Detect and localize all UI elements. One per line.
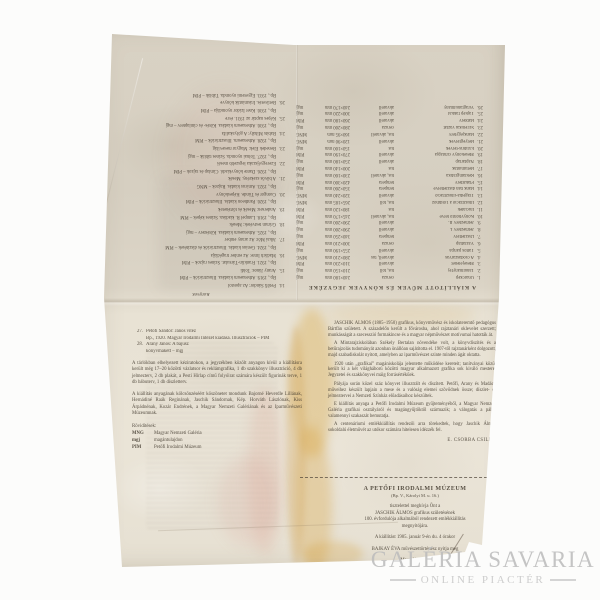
book-number: 16. [279, 250, 290, 258]
work-size: 255×190 mm [310, 245, 350, 252]
work-technique: tus, akvarell [350, 211, 394, 218]
book-title: Csongor és Tünde. Képeskönyv [112, 189, 276, 197]
book-title: Petőfi Sándor: Az apostol [112, 280, 276, 288]
book-entry-line2: Bp., 1925. Athenaeum kiadása. Kötésterv … [112, 227, 276, 235]
work-title: Naptárlap [394, 156, 474, 163]
work-size: 180×120 mm [310, 204, 350, 211]
work-row: 11.Iniciáléktus180×120 mmPIM [296, 204, 488, 211]
books-column: Könyvek 14.Petőfi Sándor: Az apostolBp.,… [106, 48, 292, 298]
book-number: 23. [279, 143, 290, 151]
legend-abbr: PIM [132, 444, 154, 451]
work-size: 240×170 mm [310, 102, 350, 109]
abbreviation-legend: MNGMagyar Nemzeti Galériamgjmagántulajdo… [132, 430, 302, 452]
book-entry: 22.Ezeregyéjszaka legszebb meséiBp., 192… [112, 151, 290, 166]
work-title: Plakátterv [394, 177, 474, 184]
work-technique: tus, toll [350, 265, 394, 272]
book-number: 26. [279, 98, 290, 106]
legend-abbr: MNG [132, 430, 154, 437]
book-entry-line2: Bp., 1926. Dante könyvkiadó. Címlap és r… [112, 166, 276, 174]
work-technique: akvarell [350, 259, 394, 266]
work-location: mgj [296, 218, 310, 225]
book-entry-line2: Bp., 1928. Athenaeum. Illusztrációk – PI… [112, 136, 276, 144]
biography-signature: E. CSORBA CSILLA [328, 438, 496, 444]
work-number: 17. [477, 163, 488, 170]
invitation-line: A PETŐFI IRODALMI MÚZEUM [334, 485, 496, 493]
books-list: 14.Petőfi Sándor: Az apostolBp., 1919. A… [112, 90, 290, 288]
book-title: Betűvetés. Írásminták könyve [112, 98, 276, 106]
work-title: Könyvborító terve [394, 211, 474, 218]
work-technique: akvarell [350, 190, 394, 197]
work-row: 6.Vázlatlapceruza300×210 mmPIM [296, 238, 488, 245]
work-title: Betűminták [394, 163, 474, 170]
work-row: 15.Plakáttervtempera420×300 mmPIM [296, 177, 488, 184]
book-entry-line2: Bp., 1924. Genius kiadás. Illusztrációk … [112, 242, 276, 250]
work-location: PIM [296, 150, 310, 157]
invitation-line: (Bp. V., Károlyi M. u. 16.) [334, 493, 496, 499]
work-title: Bélyegtervek [394, 136, 474, 143]
work-title: Önarckép [394, 272, 474, 279]
work-size: 245×170 mm [310, 211, 350, 218]
work-size: 160×95 mm [310, 129, 350, 136]
work-title: Szcenikai vázlat [394, 122, 474, 129]
book-entry-line2: Bp., 1930. Athenaeum kiadása. Kötés- és … [112, 121, 276, 129]
biography-paragraph: JASCHIK ÁLMOS (1885–1950) grafikus, köny… [328, 321, 496, 339]
work-size: 300×220 mm [310, 109, 350, 116]
work-number: 16. [477, 170, 488, 177]
watermark-subtitle-text: ONLINE PIACTÉR [421, 574, 546, 586]
work-location: mgj [296, 143, 310, 150]
work-location: PIM [296, 163, 310, 170]
work-size: 290×200 mm [310, 218, 350, 225]
work-number: 25. [477, 109, 488, 116]
book-entry-line1: 27.Petőfi Sándor: János vitéz [132, 329, 302, 336]
work-title: Illusztráció a Toldihoz [394, 197, 474, 204]
work-title: Táltos paripa [394, 245, 474, 252]
book-entry-line1: 28.Arany János: A bajusz [132, 342, 302, 349]
book-entry-line2: Bp., 1919. Athenaeum kiadása. Illusztrác… [112, 273, 276, 281]
work-location: mgj [296, 170, 310, 177]
bottom-left-text-block: 27.Petőfi Sándor: János vitézBp., 1920. … [132, 329, 302, 452]
works-list-heading: A KIÁLLÍTOTT MŰVEK ÉS KÖNYVEK JEGYZÉKE [300, 284, 484, 290]
work-title: Exlibris-tervek [394, 143, 474, 150]
watermark-rule-right [550, 579, 576, 581]
book-entry-line1: 17.Jókai Mór: Az arany ember [112, 235, 290, 243]
works-column: A KIÁLLÍTOTT MŰVEK ÉS KÖNYVEK JEGYZÉKE 1… [292, 48, 498, 298]
legend-label: Petőfi Irodalmi Múzeum [154, 444, 201, 451]
book-title: Grimm testvérek: Mesék [112, 220, 276, 228]
work-technique: akvarell [350, 102, 394, 109]
legend-label: magántulajdon [154, 437, 183, 444]
notes-paragraph: A kiállítás anyagának kölcsönzéséért kös… [132, 392, 302, 418]
work-row: 8.Jelmezterv I.akvarell290×200 mmmgj [296, 225, 488, 232]
work-number: 3. [477, 259, 488, 266]
book-entry: 17.Jókai Mór: Az arany emberBp., 1925. A… [112, 227, 290, 242]
legend-row: mgjmagántulajdon [132, 437, 302, 444]
book-number: 15. [279, 265, 290, 273]
work-title: Iniciálék [394, 204, 474, 211]
watermark-rule-left [390, 579, 416, 581]
leaflet-paper: A KIÁLLÍTOTT MŰVEK ÉS KÖNYVEK JEGYZÉKE 1… [98, 26, 510, 570]
books-list-continuation: 27.Petőfi Sándor: János vitézBp., 1920. … [132, 329, 302, 356]
book-number: 18. [279, 220, 290, 228]
book-title: Babits Mihály: A gólyakalifa [112, 128, 276, 136]
work-location: PIM [296, 177, 310, 184]
work-size: 340×250 mm [310, 231, 350, 238]
book-entry-line2: könyvmakett – mgj [146, 349, 302, 356]
books-section-label: Könyvek [112, 291, 290, 296]
work-technique: tus [350, 204, 394, 211]
book-entry: 24.Babits Mihály: A gólyakalifaBp., 1930… [112, 121, 290, 136]
work-row: 19.Mesekönyv címlapjaakvarell270×190 mmP… [296, 150, 488, 157]
work-title: Bábterv [394, 116, 474, 123]
work-row: 9.Jelmezterv II.akvarell290×200 mmmgj [296, 218, 488, 225]
work-location: MNG [296, 136, 310, 143]
work-technique: tempera [350, 231, 394, 238]
work-title: Jelmezterv II. [394, 218, 474, 225]
work-row: 13.Tragédia-illusztrációakvarell320×240 … [296, 190, 488, 197]
work-row: 14.Bánk bán díszlettervetempera350×260 m… [296, 184, 488, 191]
work-row: 23.Szcenikai vázlatceruza280×200 mmmgj [296, 122, 488, 129]
work-number: 5. [477, 245, 488, 252]
work-title: Díszletterv [394, 231, 474, 238]
work-size: 290×200 mm [310, 225, 350, 232]
book-number: 25. [279, 113, 290, 121]
work-technique: akvarell [350, 109, 394, 116]
notes-paragraph: A tárlókban elhelyezett kéziratokon, a j… [132, 361, 302, 387]
book-entry: 15.Arany János: ToldiBp., 1921. Franklin… [112, 258, 290, 273]
book-entry-line1: 16.Madách Imre: Az ember tragédiája [112, 250, 290, 258]
work-row: 17.Betűmintáktus200×140 mmPIM [296, 163, 488, 170]
legend-row: PIMPetőfi Irodalmi Múzeum [132, 444, 302, 451]
work-number: 21. [477, 136, 488, 143]
work-size: 310×230 mm [310, 259, 350, 266]
book-entry-line1: 23.Benedek Elek: Magyar mesevilág [112, 143, 290, 151]
work-size: 240×180 mm [310, 272, 350, 279]
work-technique: akvarell, tus [350, 252, 394, 259]
book-entry-line2: Bp., 1927. Tolnai nyomda. Színes táblák … [112, 151, 276, 159]
work-title: Vázlatlap [394, 238, 474, 245]
work-number: 24. [477, 116, 488, 123]
work-number: 11. [477, 204, 488, 211]
book-entry-line1: 22.Ezeregyéjszaka legszebb meséi [112, 159, 290, 167]
work-row: 10.Könyvborító tervetus, akvarell245×170… [296, 211, 488, 218]
work-technique: tempera [350, 184, 394, 191]
book-title: Benedek Elek: Magyar mesevilág [112, 143, 276, 151]
work-location: mgj [296, 102, 310, 109]
work-row: 20.Exlibris-tervektus150×100 mmmgj [296, 143, 488, 150]
biography-text-block: JASCHIK ÁLMOS (1885–1950) grafikus, köny… [328, 321, 496, 444]
work-technique: tempera [350, 177, 394, 184]
book-number: 19. [279, 204, 290, 212]
book-title: Arany János: A bajusz [146, 342, 302, 349]
work-row: 2.Tanulmányfejtus, toll210×150 mmmgj [296, 265, 488, 272]
work-size: 320×240 mm [310, 190, 350, 197]
work-title: Tanulmányfej [394, 265, 474, 272]
work-title: Bánk bán díszletterve [394, 184, 474, 191]
work-size: 280×200 mm [310, 122, 350, 129]
watermark-title: GALÉRIA SAVARIA [366, 547, 600, 573]
work-location: MNG [296, 252, 310, 259]
book-entry-line1: 21.A bűvös szekrény. Mesék [112, 174, 290, 182]
book-entry-line1: 24.Babits Mihály: A gólyakalifa [112, 128, 290, 136]
book-entry-line1: 26.Betűvetés. Írásminták könyve [112, 98, 290, 106]
work-size: 250×180 mm [310, 156, 350, 163]
work-location: mgj [296, 272, 310, 279]
work-row: 3.Mesejelenetakvarell310×230 mmPIM [296, 259, 488, 266]
book-entry-line2: Bp., 1930. Kner Izidor nyomdája – PIM [112, 105, 276, 113]
work-title: Tájkép fákkal [394, 109, 474, 116]
work-technique: akvarell [350, 218, 394, 225]
work-number: 15. [477, 177, 488, 184]
work-title: Jelmezterv I. [394, 225, 474, 232]
work-location: MNG [296, 197, 310, 204]
work-size: 420×300 mm [310, 177, 350, 184]
work-title: Mesekönyv címlapja [394, 150, 474, 157]
work-location: mgj [296, 245, 310, 252]
book-number: 22. [279, 159, 290, 167]
work-technique: ceruza [350, 122, 394, 129]
book-entry-line2: Bp., 1920. Magyar Irodalmi Intézet kiadá… [146, 336, 302, 343]
work-technique: tus [350, 143, 394, 150]
work-title: Tragédia-illusztráció [394, 190, 474, 197]
book-title: Jókai Mór: Az arany ember [112, 235, 276, 243]
book-number: 27. [132, 329, 143, 336]
cut-here-dashed-line [300, 477, 492, 478]
work-row: 4.A csodaszarvasakvarell, tus280×210 mmM… [296, 252, 488, 259]
work-row: 1.Önarcképceruza240×180 mmmgj [296, 272, 488, 279]
work-technique: akvarell [350, 245, 394, 252]
work-title: Reklámgrafika [394, 170, 474, 177]
work-row: 5.Táltos paripaakvarell255×190 mmmgj [296, 245, 488, 252]
biography-paragraph: 1920 után „grafikai” magániskolája jelen… [328, 362, 496, 380]
work-number: 6. [477, 238, 488, 245]
work-row: 25.Tájkép fákkalakvarell300×220 mmmgj [296, 109, 488, 116]
work-technique: akvarell [350, 150, 394, 157]
biography-paragraph: E kiállítás anyaga a Petőfi Irodalmi Múz… [328, 402, 496, 420]
book-title: A bűvös szekrény. Mesék [112, 174, 276, 182]
book-entry-line1: 14.Petőfi Sándor: Az apostol [112, 280, 290, 288]
work-number: 18. [477, 156, 488, 163]
book-title: Madách Imre: Az ember tragédiája [112, 250, 276, 258]
work-location: MNG [296, 190, 310, 197]
work-size: 150×100 mm [310, 143, 350, 150]
book-entry-line2: Bp., 1921. Franklin-Társulat. Színes raj… [112, 258, 276, 266]
work-location: mgj [296, 156, 310, 163]
work-number: 23. [477, 122, 488, 129]
work-title: Bankjegyterv [394, 129, 474, 136]
work-number: 9. [477, 218, 488, 225]
work-location: PIM [296, 116, 310, 123]
legend-abbr: mgj [132, 437, 154, 444]
work-number: 20. [477, 143, 488, 150]
work-title: A csodaszarvas [394, 252, 474, 259]
book-entry-line2: Bp., 1918. Lampel R. kiadása. Színes kép… [112, 212, 276, 220]
work-number: 22. [477, 129, 488, 136]
work-row: 26.Virágtanulmányakvarell240×170 mmmgj [296, 102, 488, 109]
work-location: mgj [296, 122, 310, 129]
work-size: 300×210 mm [310, 238, 350, 245]
work-number: 13. [477, 190, 488, 197]
book-title: Petőfi Sándor: János vitéz [146, 329, 302, 336]
site-watermark: GALÉRIA SAVARIA ONLINE PIACTÉR [366, 547, 600, 586]
notes-paragraphs: A tárlókban elhelyezett kéziratokon, a j… [132, 361, 302, 418]
work-row: 22.Bankjegytervtus, akvarell160×95 mmMNG [296, 129, 488, 136]
book-number: 28. [132, 342, 143, 349]
biography-paragraph: A centenáriumi emlékkiállítás rendezői a… [328, 422, 496, 434]
book-entry-line1: 15.Arany János: Toldi [112, 265, 290, 273]
work-technique: tus [350, 163, 394, 170]
work-size: 270×190 mm [310, 150, 350, 157]
work-number: 4. [477, 252, 488, 259]
work-number: 26. [477, 102, 488, 109]
work-title: Mesejelenet [394, 259, 474, 266]
book-number: 20. [279, 189, 290, 197]
book-title: Képes naptár az 1931. évre [112, 113, 276, 121]
work-row: 21.Bélyegtervekakvarell120×90 mmMNG [296, 136, 488, 143]
book-entry: 28.Arany János: A bajuszkönyvmakett – mg… [132, 342, 302, 355]
book-entry: 25.Képes naptár az 1931. évreBp., 1930. … [112, 105, 290, 120]
book-number: 17. [279, 235, 290, 243]
work-number: 2. [477, 265, 488, 272]
work-size: 120×90 mm [310, 136, 350, 143]
vertical-fold-crease [296, 44, 298, 300]
book-entry-line1: 20.Csongor és Tünde. Képeskönyv [112, 189, 290, 197]
work-row: 16.Reklámgrafikatus, akvarell230×160 mmm… [296, 170, 488, 177]
biography-paragraph: A Mintarajziskolában Székely Bertalan nö… [328, 341, 496, 359]
work-location: PIM [296, 211, 310, 218]
work-number: 10. [477, 211, 488, 218]
biography-paragraph: Pályája során közel száz könyvet illuszt… [328, 382, 496, 400]
book-entry: 18.Grimm testvérek: MesékBp., 1918. Lamp… [112, 212, 290, 227]
pink-stain [218, 456, 278, 546]
book-number: 14. [279, 280, 290, 288]
work-size: 280×210 mm [310, 252, 350, 259]
work-technique: akvarell [350, 225, 394, 232]
book-number: 24. [279, 128, 290, 136]
book-entry-line1: 18.Grimm testvérek: Mesék [112, 220, 290, 228]
book-entry-line1: 19.Andersen: Mesék és történetek [112, 204, 290, 212]
work-technique: akvarell [350, 136, 394, 143]
work-location: MNG [296, 129, 310, 136]
book-title: Ezeregyéjszaka legszebb meséi [112, 159, 276, 167]
work-location: mgj [296, 184, 310, 191]
watermark-subtitle: ONLINE PIACTÉR [366, 574, 600, 586]
work-location: mgj [296, 231, 310, 238]
work-size: 350×260 mm [310, 184, 350, 191]
book-entry: 21.A bűvös szekrény. MesékBp., 1926. Dan… [112, 166, 290, 181]
book-entry: 26.Betűvetés. Írásminták könyveBp., 1933… [112, 90, 290, 105]
work-row: 12.Illusztráció a Toldihoztus, toll265×1… [296, 197, 488, 204]
legend-row: MNGMagyar Nemzeti Galéria [132, 430, 302, 437]
book-entry: 19.Andersen: Mesék és történetekBp., 192… [112, 197, 290, 212]
work-number: 14. [477, 184, 488, 191]
work-technique: tus, toll [350, 197, 394, 204]
book-title: Arany János: Toldi [112, 265, 276, 273]
work-size: 210×150 mm [310, 265, 350, 272]
book-entry: 14.Petőfi Sándor: Az apostolBp., 1919. A… [112, 273, 290, 288]
biography-paragraphs: JASCHIK ÁLMOS (1885–1950) grafikus, köny… [328, 321, 496, 434]
invitation-line: megnyitójára. [334, 524, 496, 530]
work-size: 265×185 mm [310, 197, 350, 204]
work-technique: akvarell [350, 156, 394, 163]
legend-label: Magyar Nemzeti Galéria [154, 430, 202, 437]
work-number: 1. [477, 272, 488, 279]
work-number: 12. [477, 197, 488, 204]
work-location: PIM [296, 204, 310, 211]
work-size: 260×180 mm [310, 116, 350, 123]
horizontal-fold-crease [98, 298, 510, 306]
work-size: 230×160 mm [310, 170, 350, 177]
work-title: Virágtanulmány [394, 102, 474, 109]
work-technique: ceruza [350, 272, 394, 279]
work-location: PIM [296, 259, 310, 266]
work-number: 7. [477, 231, 488, 238]
book-entry: 20.Csongor és Tünde. KépeskönyvBp., 1923… [112, 181, 290, 196]
work-location: mgj [296, 265, 310, 272]
book-entry-line1: 25.Képes naptár az 1931. évre [112, 113, 290, 121]
work-technique: ceruza [350, 238, 394, 245]
work-technique: tus, akvarell [350, 170, 394, 177]
work-row: 18.Naptárlapakvarell250×180 mmmgj [296, 156, 488, 163]
book-title: Andersen: Mesék és történetek [112, 204, 276, 212]
invitation-line: A kiállítást 1985. január 9-én du. 4 óra… [334, 535, 496, 541]
book-entry-line2: Bp., 1923. Amicus kiadás. Rajzok – MNG [112, 181, 276, 189]
book-entry: 16.Madách Imre: Az ember tragédiájaBp., … [112, 242, 290, 257]
work-location: PIM [296, 238, 310, 245]
work-location: mgj [296, 109, 310, 116]
work-row: 24.Bábtervakvarell260×180 mmPIM [296, 116, 488, 123]
work-technique: akvarell [350, 116, 394, 123]
product-photo: A KIÁLLÍTOTT MŰVEK ÉS KÖNYVEK JEGYZÉKE 1… [0, 0, 600, 600]
book-number: 21. [279, 174, 290, 182]
work-row: 7.Díszlettervtempera340×250 mmmgj [296, 231, 488, 238]
work-technique: tus, akvarell [350, 129, 394, 136]
book-entry: 23.Benedek Elek: Magyar mesevilágBp., 19… [112, 136, 290, 151]
work-location: mgj [296, 225, 310, 232]
leaflet-top-half-upside-down: A KIÁLLÍTOTT MŰVEK ÉS KÖNYVEK JEGYZÉKE 1… [106, 48, 498, 298]
work-number: 8. [477, 225, 488, 232]
book-entry: 27.Petőfi Sándor: János vitézBp., 1920. … [132, 329, 302, 342]
book-entry-line2: Bp., 1933. Egyetemi nyomda. Táblák – PIM [112, 90, 276, 98]
book-entry-line2: Bp., 1920. Pantheon kiadás. Illusztráció… [112, 197, 276, 205]
work-number: 19. [477, 150, 488, 157]
work-size: 200×140 mm [310, 163, 350, 170]
works-list: 1.Önarcképceruza240×180 mmmgj2.Tanulmány… [296, 102, 488, 279]
